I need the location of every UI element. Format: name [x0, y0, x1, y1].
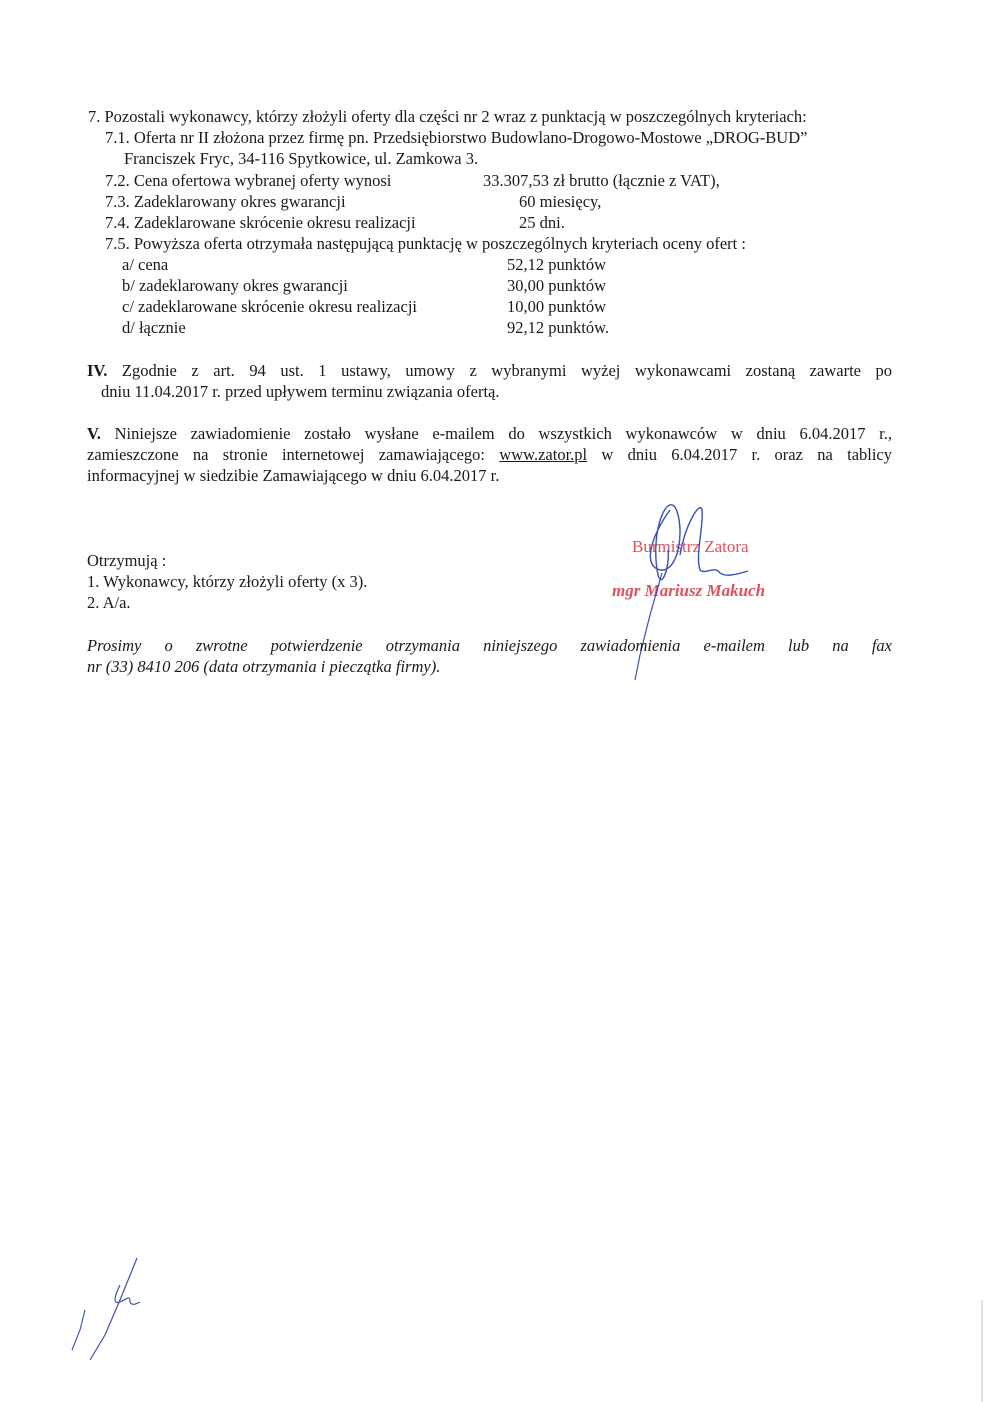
detail-value-warranty: 60 miesięcy, [519, 192, 601, 212]
section-5-numeral: V. [87, 424, 101, 443]
footer-note-line-2: nr (33) 8410 206 (data otrzymania i piec… [87, 656, 892, 677]
section-5-line-2-pre: zamieszczone na stronie internetowej zam… [87, 445, 485, 464]
recipients-heading: Otrzymują : [87, 551, 166, 571]
score-label-warranty: b/ zadeklarowany okres gwarancji [122, 276, 348, 296]
footer-note: Prosimy o zwrotne potwierdzenie otrzyman… [87, 635, 892, 677]
section-4-numeral: IV. [87, 361, 107, 380]
page-edge [981, 1300, 983, 1402]
initials-icon [50, 1240, 200, 1370]
section-5: V. Niniejsze zawiadomienie zostało wysła… [87, 423, 892, 486]
stamp-title: Burmistrz Zatora [632, 537, 749, 557]
section-4: IV. Zgodnie z art. 94 ust. 1 ustawy, umo… [87, 360, 892, 402]
offer-line-2: Franciszek Fryc, 34-116 Spytkowice, ul. … [124, 149, 478, 169]
website-link[interactable]: www.zator.pl [499, 445, 587, 464]
detail-label-price: 7.2. Cena ofertowa wybranej oferty wynos… [105, 171, 391, 191]
recipient-item: 2. A/a. [87, 593, 131, 613]
offer-line-1: 7.1. Oferta nr II złożona przez firmę pn… [105, 128, 807, 148]
scoring-heading: 7.5. Powyższa oferta otrzymała następują… [105, 234, 746, 254]
footer-note-line-1: Prosimy o zwrotne potwierdzenie otrzyman… [87, 635, 892, 656]
section-5-line-1: Niniejsze zawiadomienie zostało wysłane … [115, 424, 892, 443]
score-value-shortening: 10,00 punktów [507, 297, 606, 317]
recipient-item: 1. Wykonawcy, którzy złożyli oferty (x 3… [87, 572, 367, 592]
section-4-line-2: dniu 11.04.2017 r. przed upływem terminu… [87, 381, 892, 402]
section-5-line-3: informacyjnej w siedzibie Zamawiającego … [87, 465, 892, 486]
score-value-total: 92,12 punktów. [507, 318, 609, 338]
score-label-price: a/ cena [122, 255, 168, 275]
stamp-name: mgr Mariusz Makuch [612, 581, 765, 601]
detail-label-shortening: 7.4. Zadeklarowane skrócenie okresu real… [105, 213, 416, 233]
section-4-line-1: Zgodnie z art. 94 ust. 1 ustawy, umowy z… [122, 361, 892, 380]
score-value-warranty: 30,00 punktów [507, 276, 606, 296]
score-label-total: d/ łącznie [122, 318, 186, 338]
section-7-heading: 7. Pozostali wykonawcy, którzy złożyli o… [88, 107, 807, 127]
section-5-line-2-post: w dniu 6.04.2017 r. oraz na tablicy [601, 445, 892, 464]
detail-value-price: 33.307,53 zł brutto (łącznie z VAT), [483, 171, 720, 191]
score-value-price: 52,12 punktów [507, 255, 606, 275]
score-label-shortening: c/ zadeklarowane skrócenie okresu realiz… [122, 297, 417, 317]
detail-label-warranty: 7.3. Zadeklarowany okres gwarancji [105, 192, 346, 212]
detail-value-shortening: 25 dni. [519, 213, 565, 233]
